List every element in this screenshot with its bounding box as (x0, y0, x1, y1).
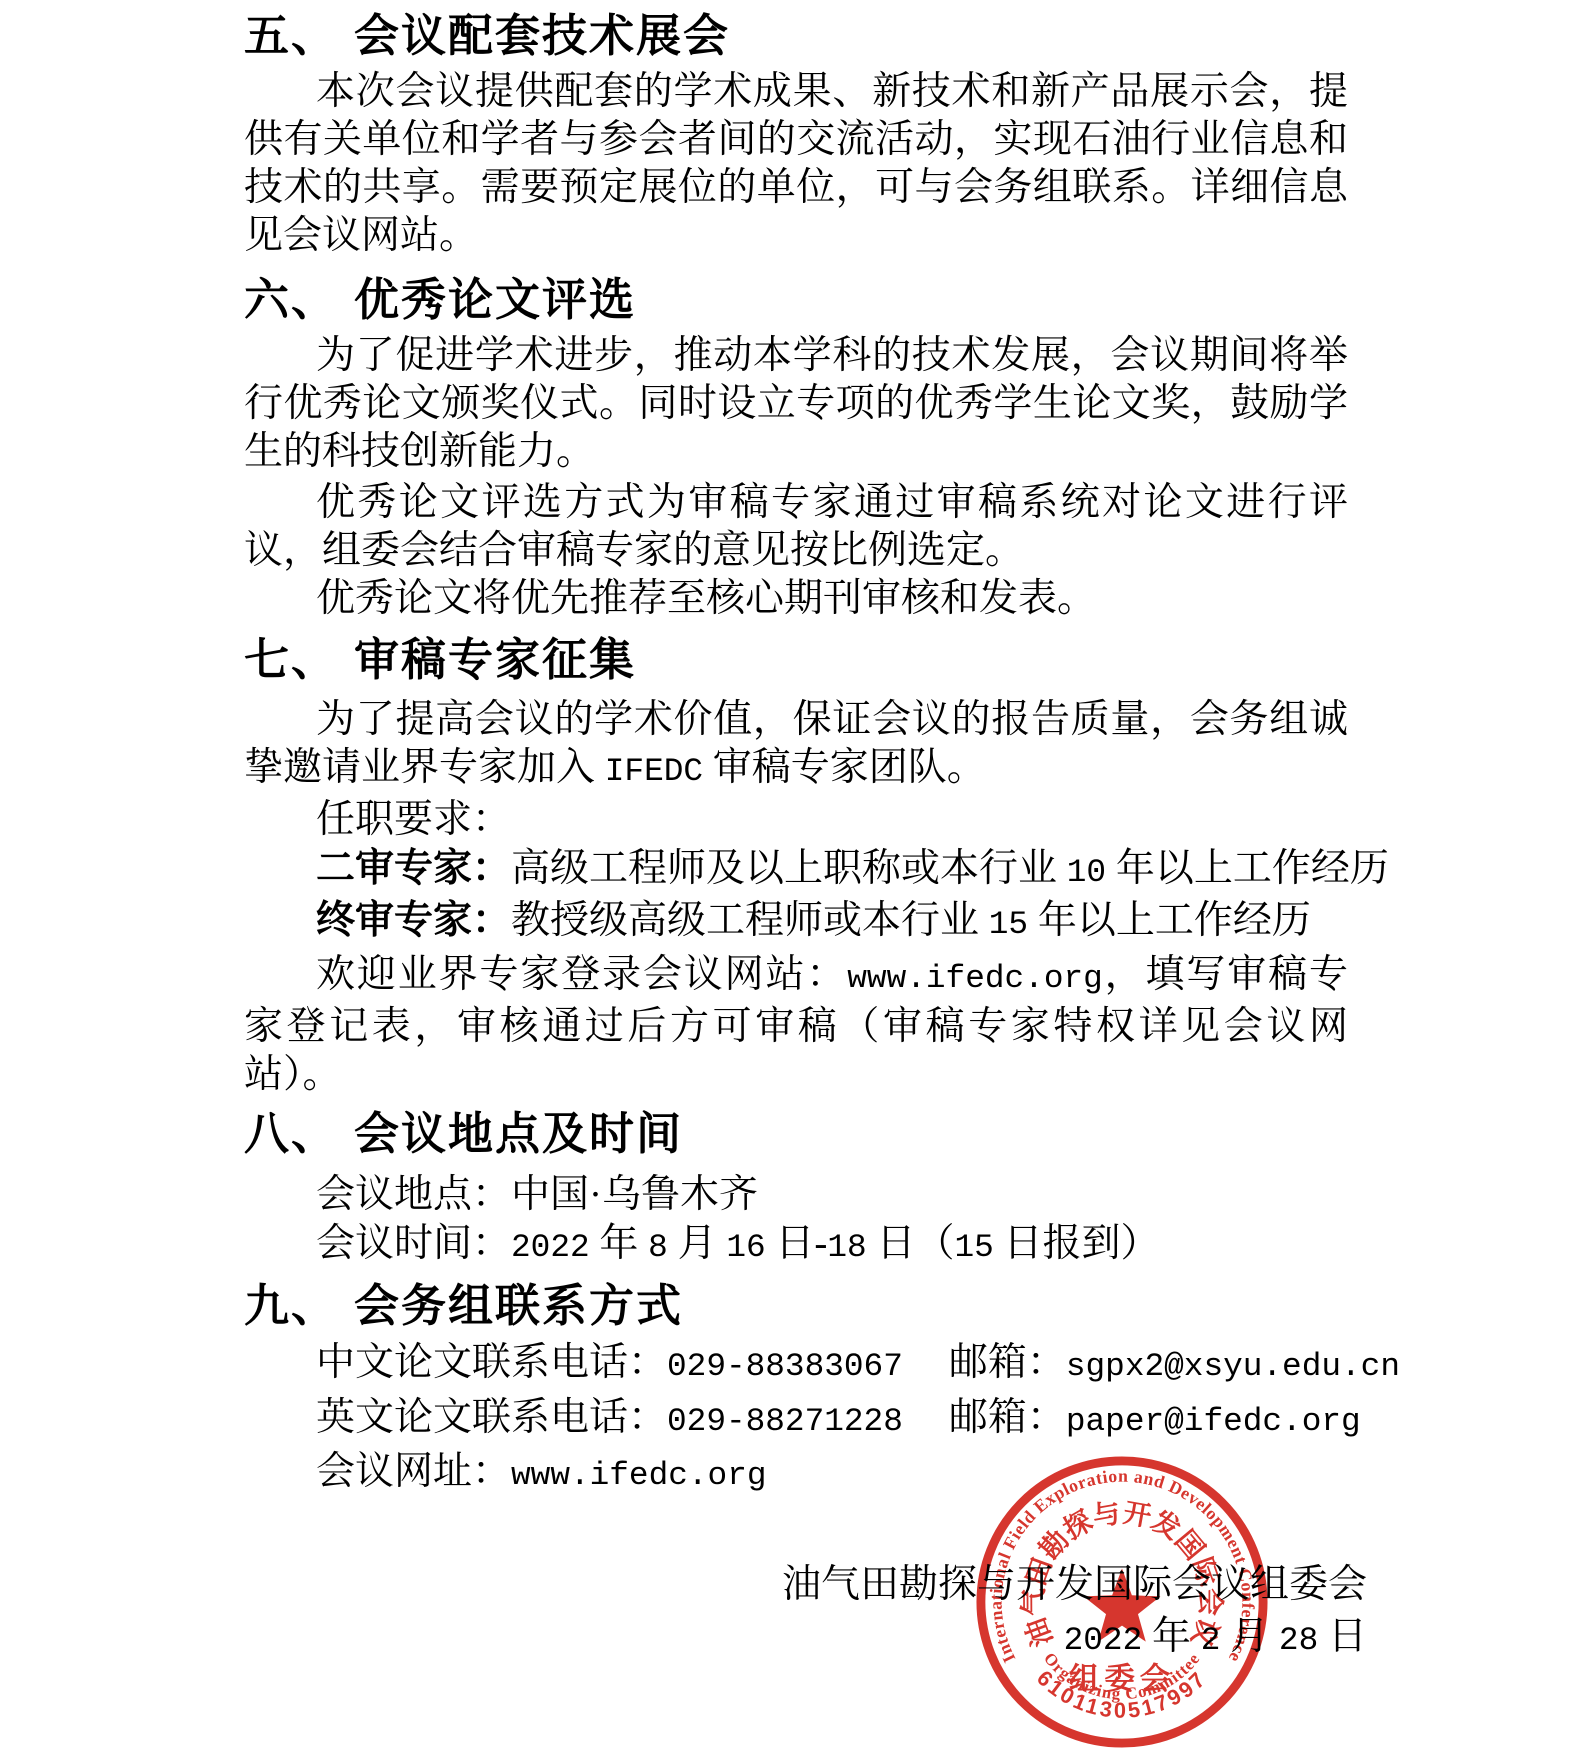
official-seal: International Field Exploration and Deve… (974, 1454, 1270, 1750)
text-segment: 欢迎业界专家登录会议网站： (316, 953, 847, 996)
section-8-heading: 八、会议地点及时间 (244, 1111, 1348, 1157)
text-segment: 邮箱： (949, 1396, 1066, 1439)
section-5-paragraph: 本次会议提供配套的学术成果、新技术和新产品展示会，提供有关单位和学者与参会者间的… (244, 68, 1348, 260)
text-segment: 英文论文联系电话： (316, 1396, 667, 1439)
text-segment: 日- (766, 1222, 828, 1265)
text-segment: 16 (726, 1229, 765, 1266)
section-8-number: 八、 (244, 1108, 338, 1159)
section-8-title: 会议地点及时间 (354, 1108, 683, 1159)
section-7-title: 审稿专家征集 (354, 634, 636, 685)
text-segment: 日 (1318, 1615, 1367, 1658)
section-5-number: 五、 (244, 10, 338, 61)
text-segment: 优秀论文评选方式为审稿专家通过审稿系统对论文进行评议，组委会结合审稿专家的意见按… (244, 481, 1348, 572)
text-segment: 邮箱： (949, 1341, 1066, 1384)
text-segment: 15 (954, 1229, 993, 1266)
text-segment: IFEDC (605, 753, 703, 790)
final-review-expert-requirement: 终审专家：教授级高级工程师或本行业 15 年以上工作经历 (244, 897, 1348, 949)
section-6-title: 优秀论文评选 (354, 274, 636, 325)
section-7-number: 七、 (244, 634, 338, 685)
chinese-paper-contact-line: 中文论文联系电话：029-88383067邮箱：sgpx2@xsyu.edu.c… (244, 1339, 1348, 1391)
conference-location-line: 会议地点：中国·乌鲁木齐 (244, 1171, 1348, 1219)
section-5-heading: 五、会议配套技术展会 (244, 13, 1348, 59)
text-segment: 月 (668, 1222, 727, 1265)
text-segment: 中文论文联系电话： (316, 1341, 667, 1384)
section-5-title: 会议配套技术展会 (354, 10, 730, 61)
text-segment: 教授级高级工程师或本行业 (511, 899, 989, 942)
text-segment: 任职要求： (316, 798, 511, 841)
text-segment: 10 (1067, 854, 1106, 891)
text-segment: 审稿专家团队。 (703, 746, 986, 789)
text-segment: 2022 (511, 1229, 590, 1266)
text-segment: 会议时间： (316, 1222, 511, 1265)
text-segment: 会议网址： (316, 1450, 511, 1493)
section-7-heading: 七、审稿专家征集 (244, 637, 1348, 683)
text-segment: 为了促进学术进步，推动本学科的技术发展，会议期间将举行优秀论文颁奖仪式。同时设立… (244, 334, 1348, 473)
text-segment: paper@ifedc.org (1066, 1403, 1361, 1440)
text-segment: www.ifedc.org (511, 1457, 767, 1494)
section-6-paragraph-3: 优秀论文将优先推荐至核心期刊审核和发表。 (244, 575, 1348, 623)
text-segment: 年以上工作经历 (1028, 899, 1311, 942)
english-paper-contact-line: 英文论文联系电话：029-88271228邮箱：paper@ifedc.org (244, 1394, 1348, 1446)
text-segment: 终审专家： (316, 899, 511, 942)
requirements-label: 任职要求： (244, 796, 1348, 844)
text-segment: 日报到） (994, 1222, 1160, 1265)
text-segment: 029-88383067 (667, 1348, 903, 1385)
section-7-paragraph-2: 欢迎业界专家登录会议网站：www.ifedc.org，填写审稿专家登记表，审核通… (244, 951, 1348, 1099)
section-9-title: 会务组联系方式 (354, 1280, 683, 1331)
second-review-expert-requirement: 二审专家：高级工程师及以上职称或本行业 10 年以上工作经历 (244, 845, 1348, 897)
text-segment: 本次会议提供配套的学术成果、新技术和新产品展示会，提供有关单位和学者与参会者间的… (244, 70, 1348, 257)
text-segment: www.ifedc.org (847, 960, 1103, 997)
text-segment: 18 (827, 1229, 866, 1266)
text-segment: 会议地点：中国·乌鲁木齐 (316, 1173, 758, 1216)
text-segment: 二审专家： (316, 847, 511, 890)
section-6-paragraph-2: 优秀论文评选方式为审稿专家通过审稿系统对论文进行评议，组委会结合审稿专家的意见按… (244, 479, 1348, 575)
text-segment: sgpx2@xsyu.edu.cn (1066, 1348, 1400, 1385)
document-body: 五、会议配套技术展会 本次会议提供配套的学术成果、新技术和新产品展示会，提供有关… (244, 13, 1348, 1500)
text-segment: 年以上工作经历 (1106, 847, 1389, 890)
text-segment: 年 (590, 1222, 649, 1265)
seal-graphic: International Field Exploration and Deve… (974, 1454, 1270, 1750)
section-6-paragraph-1: 为了促进学术进步，推动本学科的技术发展，会议期间将举行优秀论文颁奖仪式。同时设立… (244, 332, 1348, 476)
section-6-heading: 六、优秀论文评选 (244, 277, 1348, 323)
section-9-heading: 九、会务组联系方式 (244, 1283, 1348, 1329)
text-segment: 日（ (867, 1222, 955, 1265)
document-page: 五、会议配套技术展会 本次会议提供配套的学术成果、新技术和新产品展示会，提供有关… (0, 0, 1588, 1763)
text-segment: 8 (648, 1229, 668, 1266)
conference-time-line: 会议时间：2022 年 8 月 16 日-18 日（15 日报到） (244, 1220, 1348, 1272)
section-9-number: 九、 (244, 1280, 338, 1331)
section-6-number: 六、 (244, 274, 338, 325)
seal-star-icon (1084, 1568, 1161, 1641)
text-segment: 28 (1279, 1622, 1318, 1659)
section-7-paragraph-1: 为了提高会议的学术价值，保证会议的报告质量，会务组诚挚邀请业界专家加入 IFED… (244, 696, 1348, 796)
text-segment: 优秀论文将优先推荐至核心期刊审核和发表。 (316, 577, 1096, 620)
text-segment: 15 (989, 906, 1028, 943)
text-segment: 高级工程师及以上职称或本行业 (511, 847, 1067, 890)
text-segment: 029-88271228 (667, 1403, 903, 1440)
